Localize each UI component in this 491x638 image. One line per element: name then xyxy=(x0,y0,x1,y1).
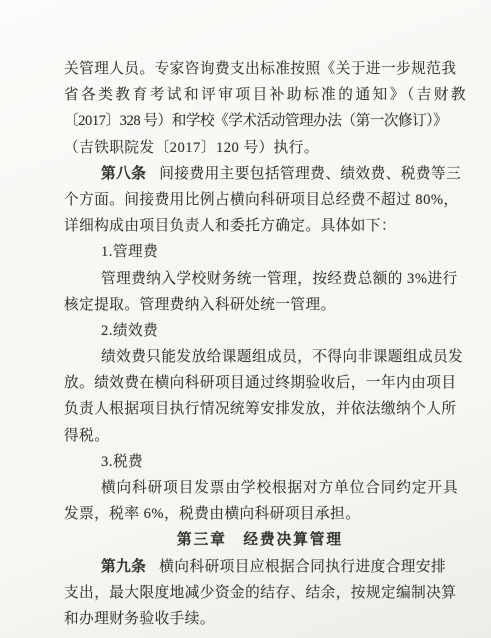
tax-fee-line-2: 发票，税率 6%，税费由横向科研项目承担。 xyxy=(64,501,456,527)
article-8-lead-text: 间接费用主要包括管理费、绩效费、税费等三 xyxy=(159,166,461,182)
para-expert-fee-line-1: 关管理人员。专家咨询费支出标准按照《关于进一步规范我 xyxy=(64,56,456,82)
article-8-line-2: 个方面。间接费用比例占横向科研项目总经费不超过 80%， xyxy=(64,187,456,213)
item-1-management-fee-title: 1.管理费 xyxy=(64,239,456,265)
article-9-number: 第九条 xyxy=(101,559,146,575)
article-9-lead-text: 横向科研项目应根据合同执行进度合理安排 xyxy=(159,559,446,575)
scanned-document-page: 关管理人员。专家咨询费支出标准按照《关于进一步规范我 省各类教育考试和评审项目补… xyxy=(0,0,491,638)
para-expert-fee-line-2: 省各类教育考试和评审项目补助标准的通知》（吉财教 xyxy=(64,82,456,108)
item-2-performance-fee-title: 2.绩效费 xyxy=(64,318,456,344)
para-expert-fee-line-4: （吉铁职院发〔2017〕120 号）执行。 xyxy=(64,135,456,161)
performance-fee-line-4: 得税。 xyxy=(64,423,456,449)
article-8-number: 第八条 xyxy=(101,166,146,182)
article-8-opening-line: 第八条间接费用主要包括管理费、绩效费、税费等三 xyxy=(64,161,456,187)
article-9-line-2: 支出，最大限度地减少资金的结存、结余，按规定编制决算 xyxy=(64,580,456,606)
para-expert-fee-line-3: 〔2017〕328 号）和学校《学术活动管理办法（第一次修订）》 xyxy=(64,108,456,134)
performance-fee-line-1: 绩效费只能发放给课题组成员，不得向非课题组成员发 xyxy=(64,344,456,370)
performance-fee-line-3: 负责人根据项目执行情况统筹安排发放，并依法缴纳个人所 xyxy=(64,396,456,422)
management-fee-line-2: 核定提取。管理费纳入科研处统一管理。 xyxy=(64,292,456,318)
management-fee-line-1: 管理费纳入学校财务统一管理，按经费总额的 3%进行 xyxy=(64,266,456,292)
performance-fee-line-2: 放。绩效费在横向科研项目通过终期验收后，一年内由项目 xyxy=(64,370,456,396)
item-3-tax-fee-title: 3.税费 xyxy=(64,449,456,475)
document-text-block: 关管理人员。专家咨询费支出标准按照《关于进一步规范我 省各类教育考试和评审项目补… xyxy=(64,56,456,632)
article-9-line-3: 和办理财务验收手续。 xyxy=(64,606,456,632)
tax-fee-line-1: 横向科研项目发票由学校根据对方单位合同约定开具 xyxy=(64,475,456,501)
chapter-3-heading: 第三章 经费决算管理 xyxy=(64,527,456,553)
article-9-opening-line: 第九条横向科研项目应根据合同执行进度合理安排 xyxy=(64,554,456,580)
article-8-line-3: 详细构成由项目负责人和委托方确定。具体如下： xyxy=(64,213,456,239)
